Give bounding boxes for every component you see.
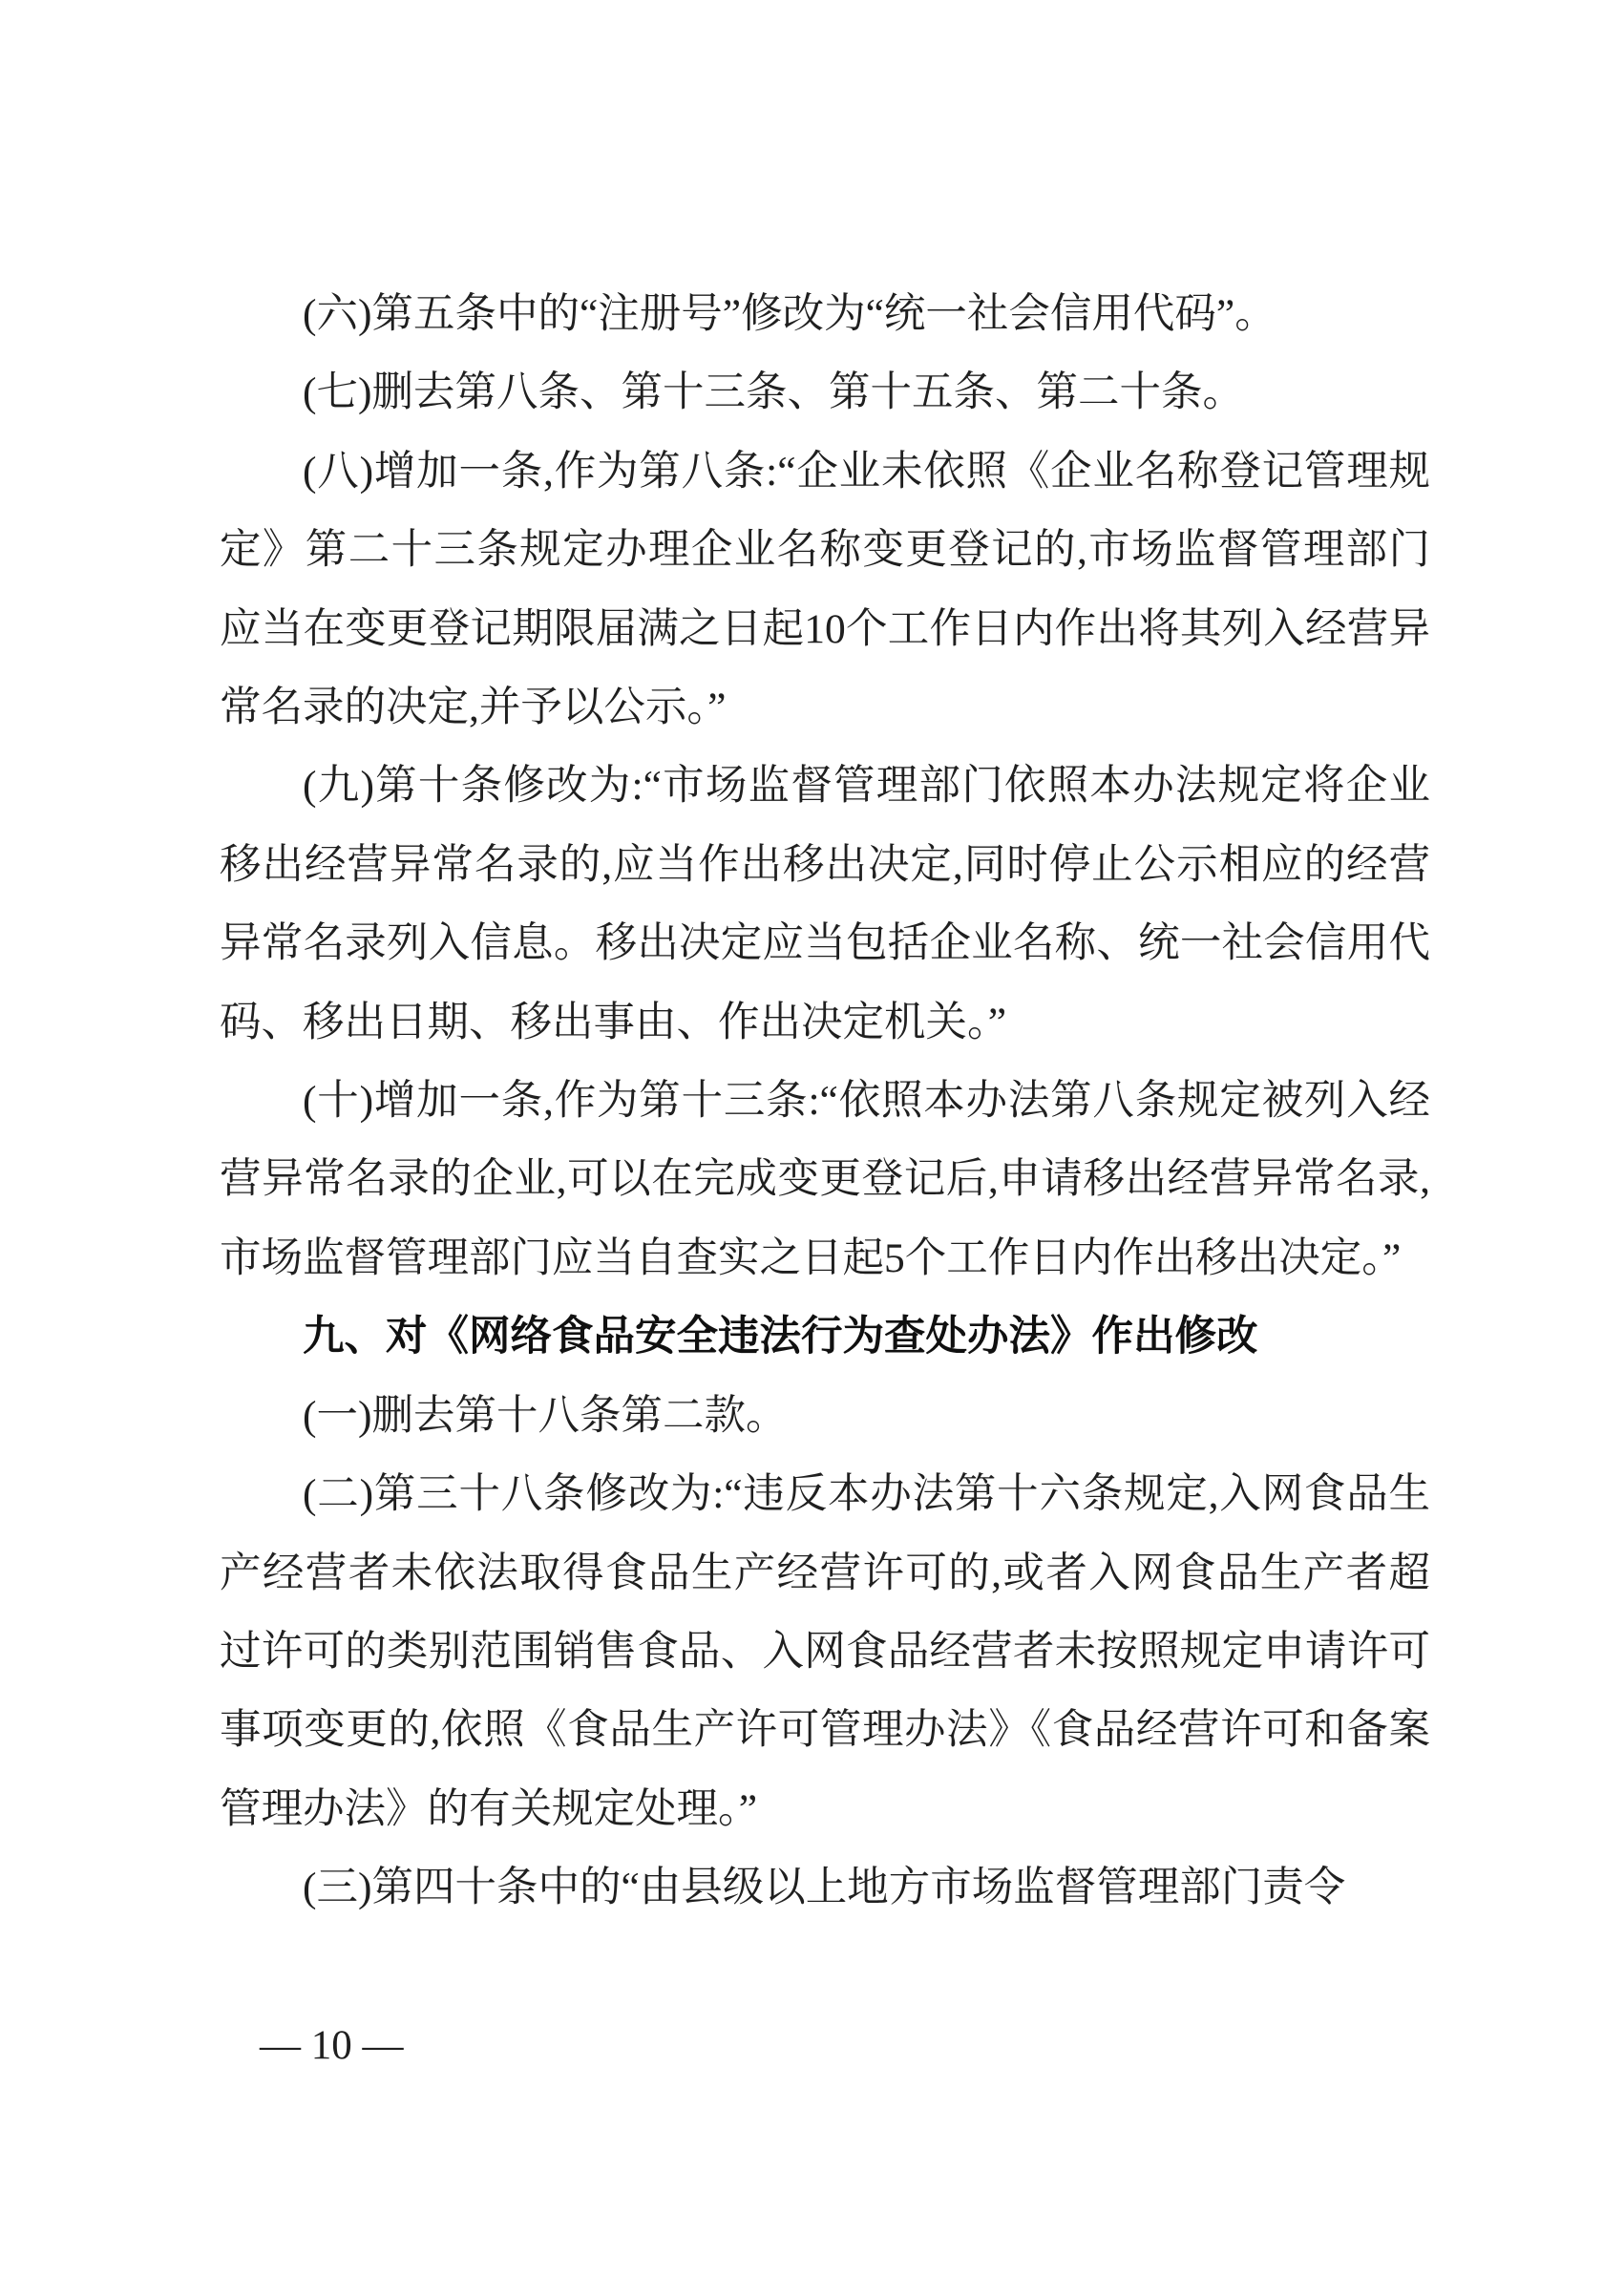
paragraph-item-10: (十)增加一条,作为第十三条:“依照本办法第八条规定被列入经营异常名录的企业,可… [220, 1062, 1430, 1297]
paragraph-subitem-2: (二)第三十八条修改为:“违反本办法第十六条规定,入网食品生产经营者未依法取得食… [220, 1455, 1430, 1848]
paragraph-item-7: (七)删去第八条、第十三条、第十五条、第二十条。 [220, 353, 1430, 432]
paragraph-subitem-1: (一)删去第十八条第二款。 [220, 1377, 1430, 1455]
page-footer: — 10 — [260, 2022, 404, 2070]
document-page: (六)第五条中的“注册号”修改为“统一社会信用代码”。 (七)删去第八条、第十三… [0, 0, 1624, 2278]
paragraph-subitem-3: (三)第四十条中的“由县级以上地方市场监督管理部门责令 [220, 1848, 1430, 1927]
section-heading-nine: 九、对《网络食品安全违法行为查处办法》作出修改 [220, 1297, 1430, 1376]
document-text-block: (六)第五条中的“注册号”修改为“统一社会信用代码”。 (七)删去第八条、第十三… [220, 275, 1430, 1928]
paragraph-item-9: (九)第十条修改为:“市场监督管理部门依照本办法规定将企业移出经营异常名录的,应… [220, 747, 1430, 1062]
paragraph-item-6: (六)第五条中的“注册号”修改为“统一社会信用代码”。 [220, 275, 1430, 353]
paragraph-item-8: (八)增加一条,作为第八条:“企业未依照《企业名称登记管理规定》第二十三条规定办… [220, 432, 1430, 748]
page-number: — 10 — [260, 2023, 404, 2068]
